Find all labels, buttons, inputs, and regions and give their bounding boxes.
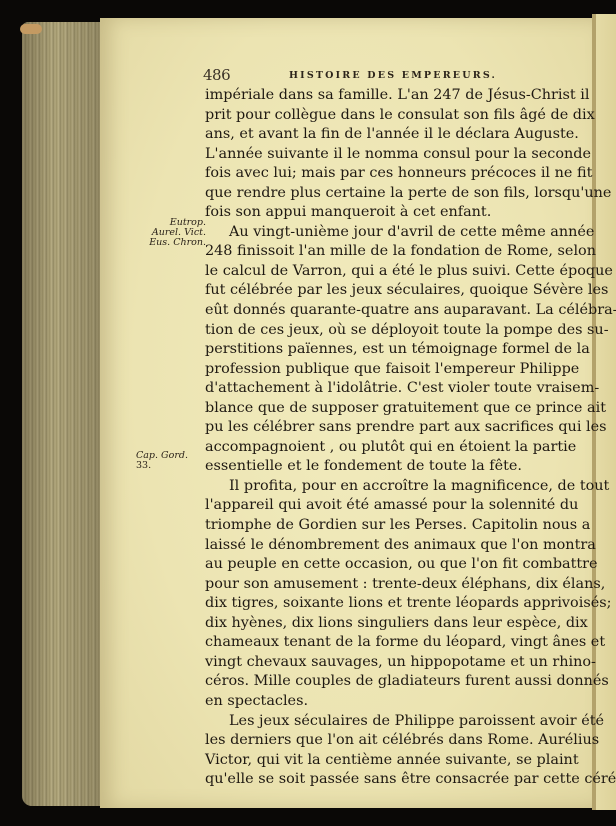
text-line: fois avec lui; mais par ces honneurs pré…: [205, 164, 562, 184]
margin-note-capitolin: Cap. Gord. 33.: [136, 451, 206, 471]
edge-shadow: [22, 22, 104, 806]
text-line: eût donnés quarante-quatre ans auparavan…: [205, 301, 562, 321]
paragraph: Les jeux séculaires de Philippe paroisse…: [205, 712, 562, 790]
page-number: 486: [203, 66, 230, 84]
text-line: d'attachement à l'idolâtrie. C'est viole…: [205, 379, 562, 399]
text-line: en spectacles.: [205, 692, 562, 712]
text-line: perstitions païennes, est un témoignage …: [205, 340, 562, 360]
page-header: 486 HISTOIRE DES EMPEREURS.: [203, 66, 573, 86]
text-line: impériale dans sa famille. L'an 247 de J…: [205, 86, 562, 106]
text-line: fut célébrée par les jeux séculaires, qu…: [205, 281, 562, 301]
text-line: au peuple en cette occasion, ou que l'on…: [205, 555, 562, 575]
paragraph: Il profita, pour en accroître la magnifi…: [205, 477, 562, 712]
margin-note-line: Eus. Chron.: [128, 238, 206, 248]
text-line: Il profita, pour en accroître la magnifi…: [205, 477, 562, 497]
text-line: 248 finissoit l'an mille de la fondation…: [205, 242, 562, 262]
text-line: Victor, qui vit la centième année suivan…: [205, 751, 562, 771]
text-line: Les jeux séculaires de Philippe paroisse…: [205, 712, 562, 732]
text-line: céros. Mille couples de gladiateurs fure…: [205, 672, 562, 692]
text-line: dix hyènes, dix lions singuliers dans le…: [205, 614, 562, 634]
text-line: Au vingt-unième jour d'avril de cette mê…: [205, 223, 562, 243]
text-line: prit pour collègue dans le consulat son …: [205, 106, 562, 126]
text-line: accompagnoient , ou plutôt qui en étoien…: [205, 438, 562, 458]
text-line: chameaux tenant de la forme du léopard, …: [205, 633, 562, 653]
text-line: qu'elle se soit passée sans être consacr…: [205, 770, 562, 790]
text-line: essentielle et le fondement de toute la …: [205, 457, 562, 477]
running-title: HISTOIRE DES EMPEREURS.: [289, 70, 497, 81]
margin-note-sources: Eutrop. Aurel. Vict. Eus. Chron.: [128, 218, 206, 248]
text-line: L'année suivante il le nomma consul pour…: [205, 145, 562, 165]
body-text: impériale dans sa famille. L'an 247 de J…: [205, 86, 562, 790]
paragraph: impériale dans sa famille. L'an 247 de J…: [205, 86, 562, 223]
text-line: les derniers que l'on ait célébrés dans …: [205, 731, 562, 751]
text-line: fois son appui manqueroit à cet enfant.: [205, 203, 562, 223]
text-line: ans, et avant la fin de l'année il le dé…: [205, 125, 562, 145]
text-line: que rendre plus certaine la perte de son…: [205, 184, 562, 204]
text-line: profession publique que faisoit l'empere…: [205, 360, 562, 380]
book-scan: 486 HISTOIRE DES EMPEREURS. Eutrop. Aure…: [0, 0, 616, 826]
margin-note-line: 33.: [136, 461, 206, 471]
text-line: triomphe de Gordien sur les Perses. Capi…: [205, 516, 562, 536]
text-line: blance que de supposer gratuitement que …: [205, 399, 562, 419]
paragraph: Au vingt-unième jour d'avril de cette mê…: [205, 223, 562, 477]
text-line: pu les célébrer sans prendre part aux sa…: [205, 418, 562, 438]
text-line: laissé le dénombrement des animaux que l…: [205, 536, 562, 556]
bookmark-tab: [20, 24, 42, 34]
text-line: vingt chevaux sauvages, un hippopotame e…: [205, 653, 562, 673]
text-line: pour son amusement : trente-deux éléphan…: [205, 575, 562, 595]
text-line: le calcul de Varron, qui a été le plus s…: [205, 262, 562, 282]
text-line: tion de ces jeux, où se déployoit toute …: [205, 321, 562, 341]
text-line: dix tigres, soixante lions et trente léo…: [205, 594, 562, 614]
text-line: l'appareil qui avoit été amassé pour la …: [205, 496, 562, 516]
